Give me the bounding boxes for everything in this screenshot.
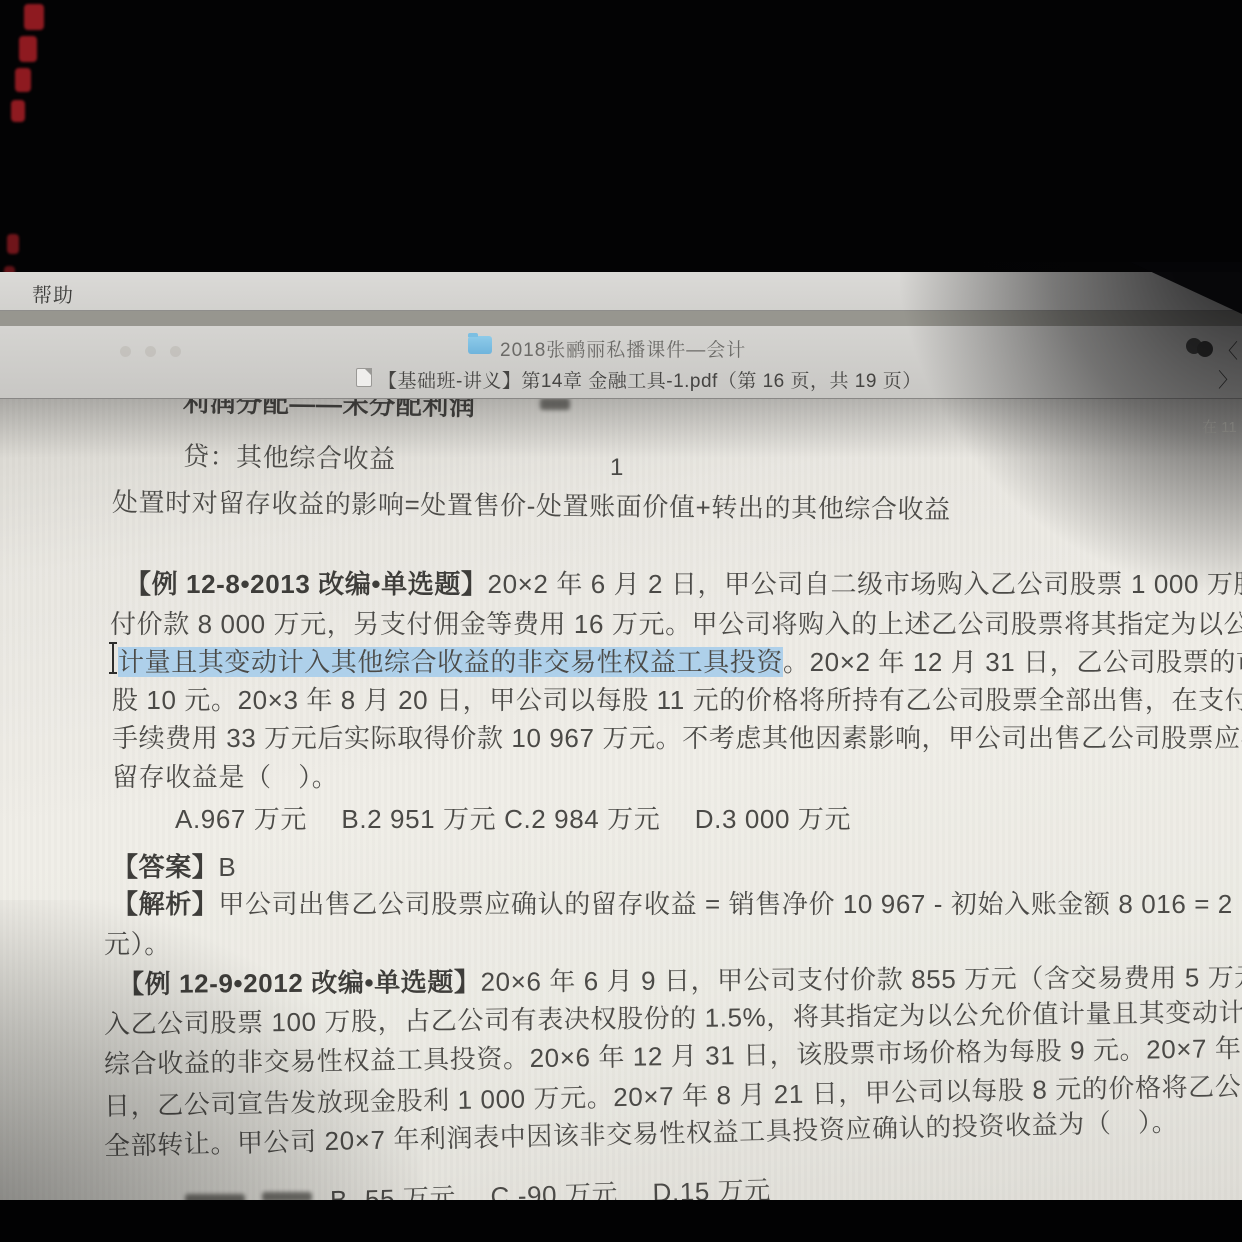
analysis-line2: 元）。	[104, 924, 171, 961]
desktop-strip	[0, 311, 1242, 326]
example-12-8-options: A.967 万元 B.2 951 万元 C.2 984 万元 D.3 000 万…	[175, 799, 851, 836]
pdf-page[interactable]: 利润分配——未分配利润 贷：其他综合收益 1 处置时对留存收益的影响=处置售价-…	[0, 398, 1242, 1212]
window-titlebar: 2018张鹂丽私播课件—会计 【基础班-讲义】第14章 金融工具-1.pdf（第…	[0, 326, 1242, 399]
doc-formula-line: 处置时对留存收益的影响=处置售价-处置账面价值+转出的其他综合收益	[112, 482, 951, 526]
menu-item-help[interactable]: 帮助	[32, 279, 74, 308]
photographed-screen: 帮助 2018张鹂丽私播课件—会计 【基础班-讲义】第14章 金融工具-1.pd…	[0, 0, 1242, 1242]
answer-line: 【答案】B	[112, 847, 236, 884]
selected-text: 计量且其变动计入其他综合收益的非交易性权益工具投资	[118, 647, 783, 677]
example-12-8-line2: 付价款 8 000 万元，另支付佣金等费用 16 万元。甲公司将购入的上述乙公司…	[110, 604, 1242, 641]
example-12-8-line6: 留存收益是（ ）。	[112, 757, 338, 794]
red-glare-mark-icon	[24, 4, 44, 30]
menu-bar: 帮助	[0, 272, 1242, 311]
overlapping-circles-icon[interactable]	[1186, 338, 1220, 358]
chevron-down-icon[interactable]: ⌄	[792, 366, 807, 387]
window-title: 2018张鹂丽私播课件—会计	[500, 335, 746, 362]
analysis-label: 【解析】	[112, 889, 218, 919]
window-zoom-icon[interactable]	[170, 346, 181, 357]
red-glare-mark-icon	[19, 36, 37, 62]
analysis-line1: 【解析】甲公司出售乙公司股票应确认的留存收益 = 销售净价 10 967 - 初…	[112, 884, 1242, 921]
example-12-8-line1: 【例 12-8•2013 改编•单选题】20×2 年 6 月 2 日，甲公司自二…	[125, 564, 1242, 601]
text-cursor	[112, 642, 114, 674]
doc-clipped-line: 利润分配——未分配利润	[183, 398, 476, 423]
example-12-8-line3: 计量且其变动计入其他综合收益的非交易性权益工具投资。20×2 年 12 月 31…	[118, 642, 1242, 679]
red-glare-mark-icon	[11, 100, 25, 122]
document-filename: 【基础班-讲义】第14章 金融工具-1.pdf（第 16 页，共 19 页）	[378, 366, 922, 393]
doc-credit-line: 贷：其他综合收益	[183, 436, 396, 476]
answer-label: 【答案】	[112, 852, 218, 882]
bottom-black-bar	[0, 1200, 1242, 1242]
window-close-icon[interactable]	[120, 346, 131, 357]
window-minimize-icon[interactable]	[145, 346, 156, 357]
example-12-8-line4: 股 10 元。20×3 年 8 月 20 日，甲公司以每股 11 元的价格将所持…	[112, 680, 1242, 717]
pdf-file-icon	[356, 368, 372, 387]
doc-page-number: 1	[610, 454, 624, 482]
page-status: 在 11 页	[1202, 416, 1242, 437]
red-glare-mark-icon	[15, 68, 31, 92]
example-12-9-header: 【例 12-9•2012 改编•单选题】	[118, 967, 481, 999]
example-12-8-line5: 手续费用 33 万元后实际取得价款 10 967 万元。不考虑其他因素影响，甲公…	[112, 718, 1242, 755]
example-12-8-header: 【例 12-8•2013 改编•单选题】	[125, 569, 488, 599]
red-glare-mark-icon	[7, 234, 19, 254]
folder-icon	[468, 336, 492, 354]
page-nav-arrows-icon[interactable]: 〈 〉	[1218, 335, 1242, 393]
clipped-text-fragment	[540, 398, 570, 410]
